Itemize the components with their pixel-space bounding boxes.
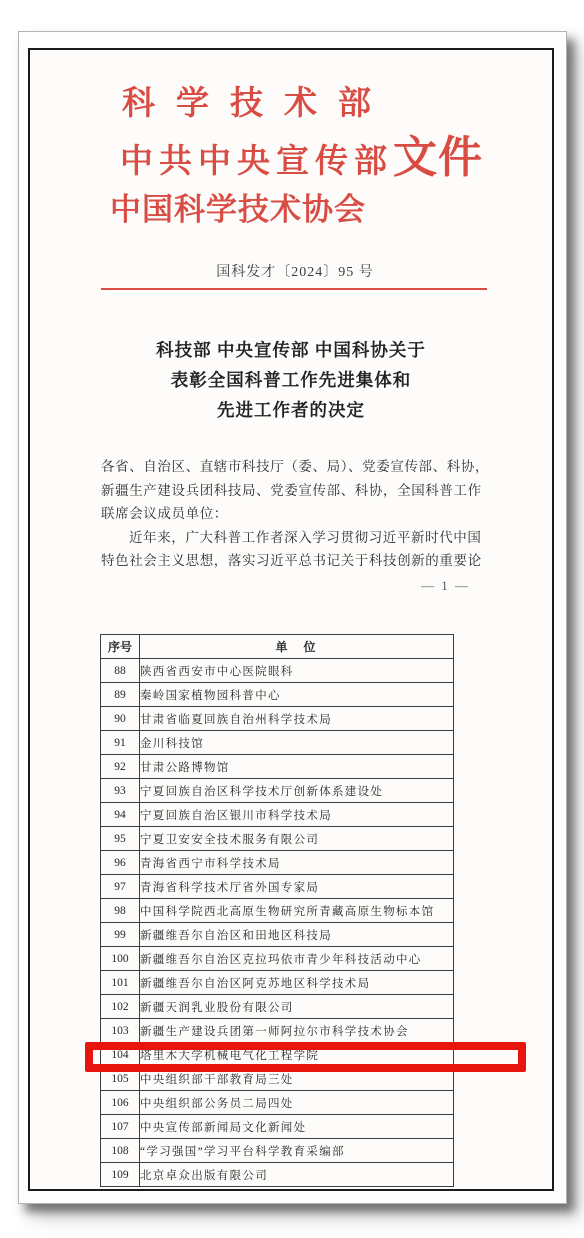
table-row: 106中央组织部公务员二局四处 [101,1091,454,1115]
row-unit: 秦岭国家植物园科普中心 [140,683,454,707]
row-number: 99 [101,923,140,947]
row-unit: 宁夏回族自治区银川市科学技术局 [140,803,454,827]
table-row: 96青海省西宁市科学技术局 [101,851,454,875]
letterhead-line2-org: 中共中央宣传部 [120,135,393,182]
title-line: 科技部 中央宣传部 中国科协关于 [30,335,552,365]
title-line: 先进工作者的决定 [30,395,552,425]
table-row: 94宁夏回族自治区银川市科学技术局 [101,803,454,827]
row-unit: 中央组织部公务员二局四处 [140,1091,454,1115]
body-line: 特色社会主义思想，落实习近平总书记关于科技创新的重要论 [101,549,489,573]
row-unit: 甘肃省临夏回族自治州科学技术局 [140,707,454,731]
letterhead-line2: 中共中央宣传部 文件 [120,121,483,185]
table-row: 89秦岭国家植物园科普中心 [101,683,454,707]
row-number: 106 [101,1091,140,1115]
row-number: 104 [101,1043,140,1067]
body-line: 新疆生产建设兵团科技局、党委宣传部、科协，全国科普工作 [101,479,489,503]
row-unit: 新疆天润乳业股份有限公司 [140,995,454,1019]
row-unit: 中央宣传部新闻局文化新闻处 [140,1115,454,1139]
row-number: 105 [101,1067,140,1091]
row-unit: “学习强国”学习平台科学教育采编部 [140,1139,454,1163]
body-line: 近年来，广大科普工作者深入学习贯彻习近平新时代中国 [101,526,489,550]
row-number: 89 [101,683,140,707]
row-unit: 新疆维吾尔自治区克拉玛依市青少年科技活动中心 [140,947,454,971]
scanned-document: 科学技术部 中共中央宣传部 文件 中国科学技术协会 国科发才〔2024〕95 号… [28,48,554,1191]
row-number: 102 [101,995,140,1019]
row-unit: 陕西省西安市中心医院眼科 [140,659,454,683]
red-divider-line [101,288,487,290]
row-unit: 新疆维吾尔自治区和田地区科技局 [140,923,454,947]
row-unit: 金川科技馆 [140,731,454,755]
body-line: 各省、自治区、直辖市科技厅（委、局）、党委宣传部、科协， [101,455,489,479]
header-row: 序号 单 位 [101,635,454,659]
table-row: 109北京卓众出版有限公司 [101,1163,454,1187]
row-unit: 甘肃公路博物馆 [140,755,454,779]
letterhead-line1: 科学技术部 [122,77,392,124]
body-line: 联席会议成员单位： [101,502,489,526]
table-row: 108“学习强国”学习平台科学教育采编部 [101,1139,454,1163]
row-number: 93 [101,779,140,803]
row-unit: 塔里木大学机械电气化工程学院 [140,1043,454,1067]
table-row: 102新疆天润乳业股份有限公司 [101,995,454,1019]
row-number: 107 [101,1115,140,1139]
document-title: 科技部 中央宣传部 中国科协关于 表彰全国科普工作先进集体和 先进工作者的决定 [30,335,552,425]
table-row: 101新疆维吾尔自治区阿克苏地区科学技术局 [101,971,454,995]
row-number: 100 [101,947,140,971]
row-unit: 宁夏回族自治区科学技术厅创新体系建设处 [140,779,454,803]
row-number: 96 [101,851,140,875]
row-number: 90 [101,707,140,731]
row-unit: 新疆生产建设兵团第一师阿拉尔市科学技术协会 [140,1019,454,1043]
page-number: — 1 — [421,578,470,594]
row-number: 88 [101,659,140,683]
row-number: 101 [101,971,140,995]
letterhead-line3: 中国科学技术协会 [110,184,366,229]
award-units-table: 序号 单 位 88陕西省西安市中心医院眼科89秦岭国家植物园科普中心90甘肃省临… [100,634,454,1187]
row-number: 103 [101,1019,140,1043]
table-row: 104塔里木大学机械电气化工程学院 [101,1043,454,1067]
award-table-body: 88陕西省西安市中心医院眼科89秦岭国家植物园科普中心90甘肃省临夏回族自治州科… [101,659,454,1187]
table-row: 98中国科学院西北高原生物研究所青藏高原生物标本馆 [101,899,454,923]
table-row: 92甘肃公路博物馆 [101,755,454,779]
row-number: 108 [101,1139,140,1163]
table-row: 103新疆生产建设兵团第一师阿拉尔市科学技术协会 [101,1019,454,1043]
table-row: 88陕西省西安市中心医院眼科 [101,659,454,683]
row-number: 109 [101,1163,140,1187]
table-row: 100新疆维吾尔自治区克拉玛依市青少年科技活动中心 [101,947,454,971]
table-row: 93宁夏回族自治区科学技术厅创新体系建设处 [101,779,454,803]
award-table-header: 序号 单 位 [101,635,454,659]
document-number: 国科发才〔2024〕95 号 [30,261,552,281]
screenshot-stage: 科学技术部 中共中央宣传部 文件 中国科学技术协会 国科发才〔2024〕95 号… [0,0,584,1238]
row-number: 91 [101,731,140,755]
row-number: 92 [101,755,140,779]
table-row: 99新疆维吾尔自治区和田地区科技局 [101,923,454,947]
table-row: 97青海省科学技术厅省外国专家局 [101,875,454,899]
table-row: 107中央宣传部新闻局文化新闻处 [101,1115,454,1139]
row-unit: 北京卓众出版有限公司 [140,1163,454,1187]
row-unit: 中国科学院西北高原生物研究所青藏高原生物标本馆 [140,899,454,923]
row-unit: 青海省科学技术厅省外国专家局 [140,875,454,899]
table-row: 105中央组织部干部教育局三处 [101,1067,454,1091]
table-row: 95宁夏卫安安全技术服务有限公司 [101,827,454,851]
row-unit: 中央组织部干部教育局三处 [140,1067,454,1091]
row-unit: 新疆维吾尔自治区阿克苏地区科学技术局 [140,971,454,995]
row-number: 98 [101,899,140,923]
column-header-no: 序号 [101,635,140,659]
column-header-unit: 单 位 [140,635,454,659]
table-row: 91金川科技馆 [101,731,454,755]
title-line: 表彰全国科普工作先进集体和 [30,365,552,395]
document-body: 各省、自治区、直辖市科技厅（委、局）、党委宣传部、科协， 新疆生产建设兵团科技局… [101,455,489,573]
document-page-card: 科学技术部 中共中央宣传部 文件 中国科学技术协会 国科发才〔2024〕95 号… [18,31,567,1204]
row-number: 94 [101,803,140,827]
table-row: 90甘肃省临夏回族自治州科学技术局 [101,707,454,731]
row-unit: 青海省西宁市科学技术局 [140,851,454,875]
row-number: 95 [101,827,140,851]
row-number: 97 [101,875,140,899]
row-unit: 宁夏卫安安全技术服务有限公司 [140,827,454,851]
letterhead-line2-wenjian: 文件 [393,121,483,185]
